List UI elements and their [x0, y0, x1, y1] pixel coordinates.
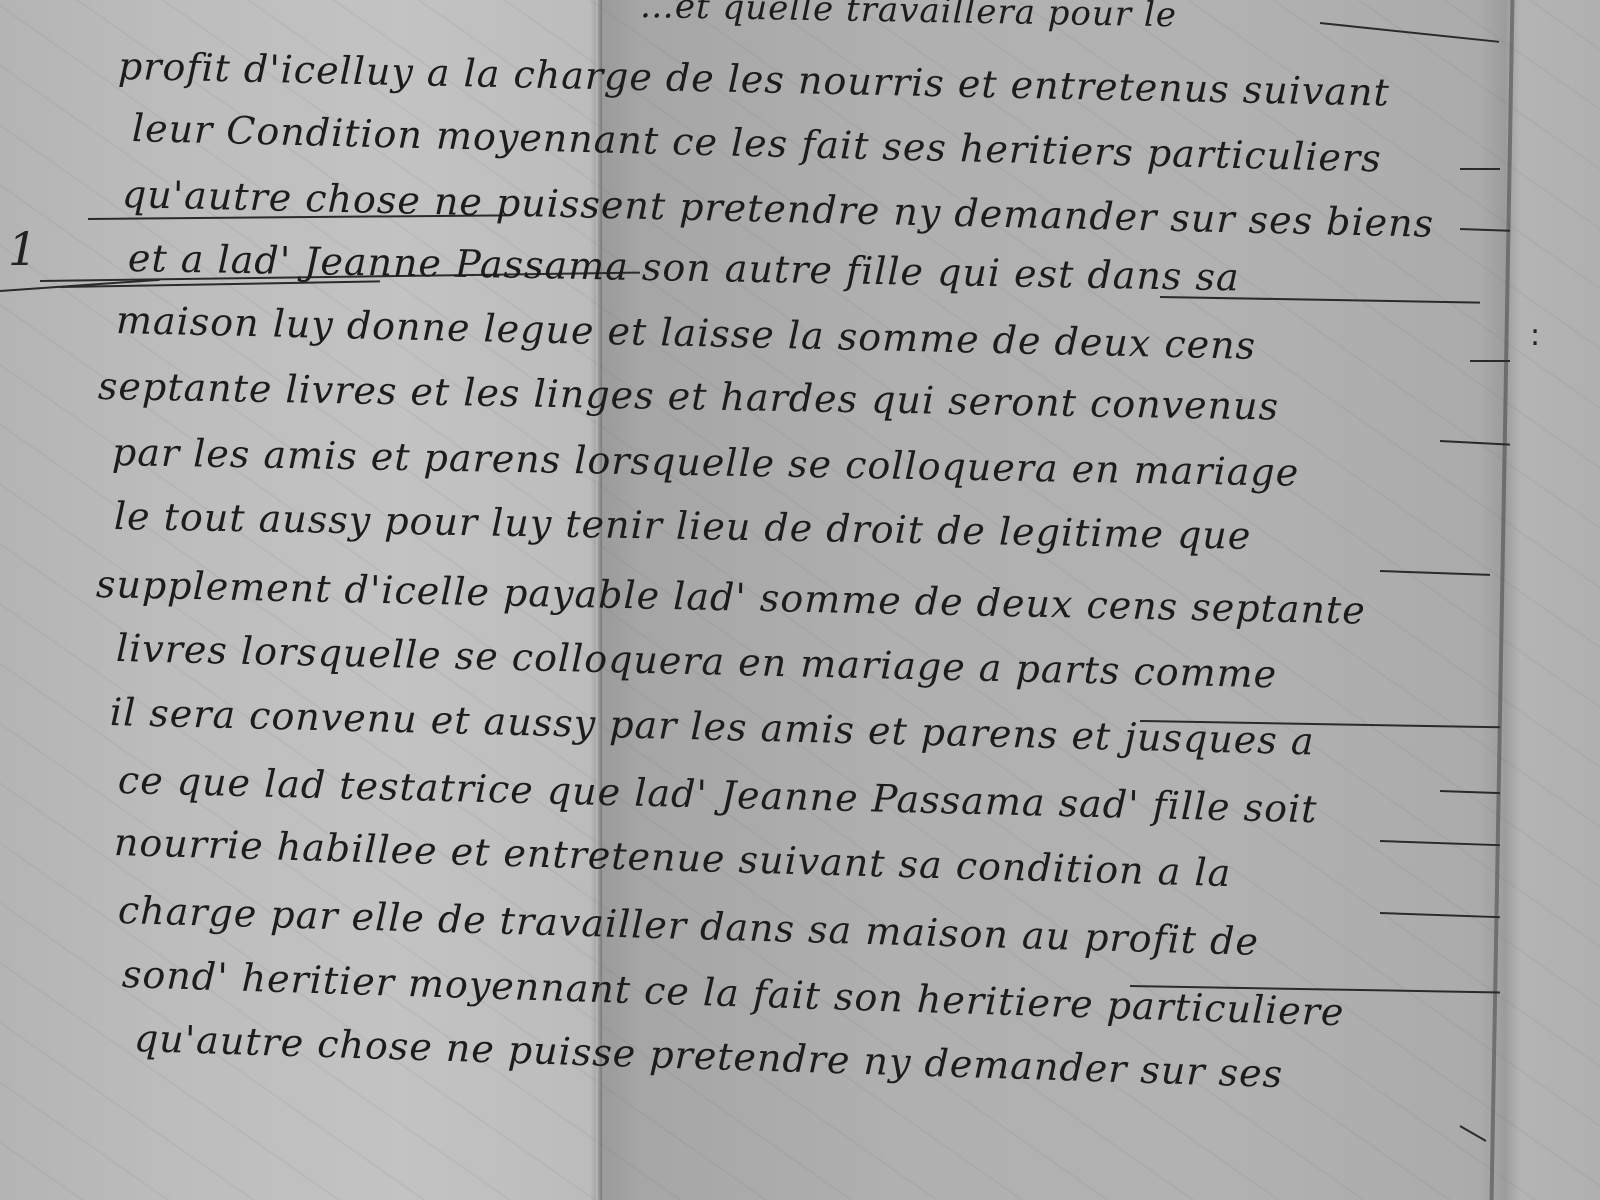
- manuscript-line: supplement d'icelle payable lad' somme d…: [96, 562, 1367, 633]
- manuscript-line: ce que lad testatrice que lad' Jeanne Pa…: [117, 758, 1318, 831]
- manuscript-line: qu'autre chose ne puisse pretendre ny de…: [133, 1016, 1284, 1096]
- margin-dots: :: [1530, 318, 1540, 353]
- line-filler: [1440, 790, 1500, 794]
- page-edge: [1490, 0, 1515, 1200]
- manuscript-line: …et quelle travaillera pour le: [640, 0, 1178, 35]
- line-filler: [1440, 440, 1510, 446]
- manuscript-line: septante livres et les linges et hardes …: [98, 364, 1280, 429]
- manuscript-line: qu'autre chose ne puissent pretendre ny …: [122, 172, 1435, 246]
- manuscript-line: il sera convenu et aussy par les amis et…: [109, 690, 1315, 763]
- line-filler: [1160, 296, 1480, 304]
- manuscript-line: le tout aussy pour luy tenir lieu de dro…: [114, 494, 1252, 558]
- manuscript-line: et a lad' Jeanne Passama son autre fille…: [128, 236, 1240, 299]
- manuscript-line: profit d'icelluy a la charge de les nour…: [118, 44, 1391, 115]
- manuscript-line: leur Condition moyennant ce les fait ses…: [131, 106, 1382, 181]
- line-filler: [1380, 840, 1500, 846]
- line-filler: [1460, 228, 1510, 232]
- manuscript-line: charge par elle de travailler dans sa ma…: [117, 888, 1259, 964]
- line-filler: [1320, 22, 1499, 43]
- manuscript-line: maison luy donne legue et laisse la somm…: [116, 298, 1257, 368]
- margin-number: 1: [8, 222, 37, 276]
- line-filler: [1460, 168, 1500, 170]
- line-filler: [1460, 1125, 1487, 1142]
- line-filler: [1380, 912, 1500, 918]
- line-filler: [1470, 360, 1510, 362]
- manuscript-line: nourrie habillee et entretenue suivant s…: [113, 820, 1231, 895]
- manuscript-page: 1 : …et quelle travaillera pour le profi…: [0, 0, 1600, 1200]
- manuscript-line: livres lorsquelle se colloquera en maria…: [116, 626, 1278, 696]
- manuscript-line: par les amis et parens lorsquelle se col…: [112, 430, 1300, 495]
- line-filler: [1380, 570, 1490, 576]
